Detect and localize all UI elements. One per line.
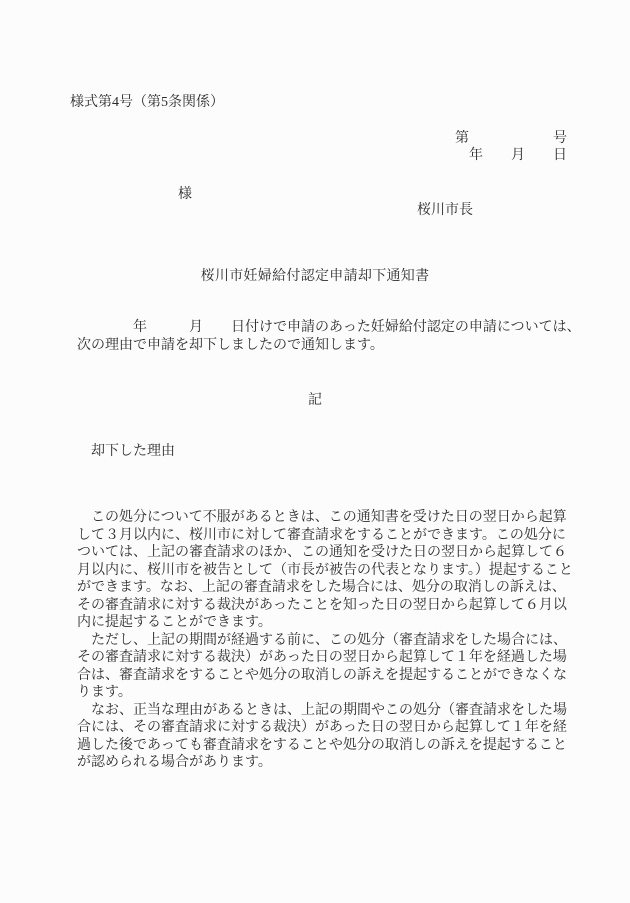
sender-title: 桜川市長 xyxy=(417,199,473,219)
appeal-line: その審査請求に対する裁決）があった日の翌日から起算して１年を経過した場 xyxy=(77,649,573,667)
addressee-honorific: 様 xyxy=(178,183,192,203)
appeal-line: なお、正当な理由があるときは、上記の期間やこの処分（審査請求をした場 xyxy=(77,702,573,720)
record-marker: 記 xyxy=(0,389,630,409)
appeal-line: ついては、上記の審査請求のほか、この通知を受けた日の翌日から起算して６ xyxy=(77,544,573,562)
intro-paragraph: 年 月 日付けで申請のあった妊婦給付認定の申請については、 次の理由で申請を却下… xyxy=(77,319,581,354)
appeal-line: 合には、その審査請求に対する裁決）があった日の翌日から起算して１年を経 xyxy=(77,719,573,737)
appeal-line: ります。 xyxy=(77,684,573,702)
appeal-line: が認められる場合があります。 xyxy=(77,754,573,772)
appeal-notice-paragraph: この処分について不服があるときは、この通知書を受けた日の翌日から起算 して３月以… xyxy=(77,509,573,772)
appeal-line: 過した後であっても審査請求をすることや処分の取消しの訴えを提起すること xyxy=(77,737,573,755)
appeal-line: 月以内に、桜川市を被告として（市長が被告の代表となります。）提起すること xyxy=(77,562,573,580)
date-line: 年 月 日 xyxy=(469,147,567,164)
appeal-line: ただし、上記の期間が経過する前に、この処分（審査請求をした場合には、 xyxy=(77,632,573,650)
document-title: 桜川市妊婦給付認定申請却下通知書 xyxy=(0,265,630,285)
document-page: 様式第4号（第5条関係） 第 号 年 月 日 様 桜川市長 桜川市妊婦給付認定申… xyxy=(0,0,630,903)
appeal-line: 内に提起することができます。 xyxy=(77,614,573,632)
rejection-reason-heading: 却下した理由 xyxy=(77,440,175,460)
document-number-line: 第 号 xyxy=(455,130,567,147)
appeal-line: この処分について不服があるときは、この通知書を受けた日の翌日から起算 xyxy=(77,509,573,527)
appeal-line: 合は、審査請求をすることや処分の取消しの訴えを提起することができなくな xyxy=(77,667,573,685)
intro-line: 年 月 日付けで申請のあった妊婦給付認定の申請については、 xyxy=(77,319,581,337)
appeal-line: して３月以内に、桜川市に対して審査請求をすることができます。この処分に xyxy=(77,527,573,545)
intro-line: 次の理由で申請を却下しましたので通知します。 xyxy=(77,337,581,355)
appeal-line: その審査請求に対する裁決があったことを知った日の翌日から起算して６月以 xyxy=(77,597,573,615)
appeal-line: ができます。なお、上記の審査請求をした場合には、処分の取消しの訴えは、 xyxy=(77,579,573,597)
form-label: 様式第4号（第5条関係） xyxy=(70,91,224,111)
